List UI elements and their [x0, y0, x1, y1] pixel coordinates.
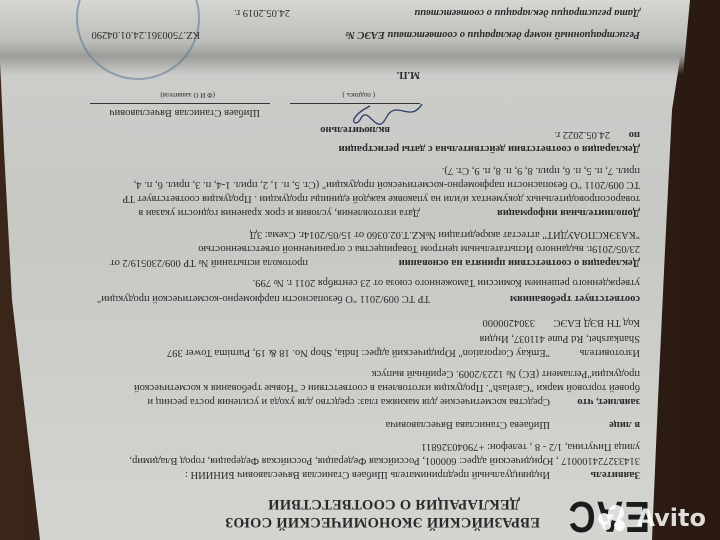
signatory-name: Шибаев Станислав Вячеславович [109, 106, 260, 118]
declares-line3: продукции"Регламент (ЕС) № 1223/2009. Се… [371, 367, 640, 379]
validity-date: 24.05.2022 г. [554, 128, 610, 140]
registration-date: 24.05.2019 г. [234, 6, 290, 18]
union-title: ЕВРАЗИЙСКИЙ ЭКОНОМИЧЕСКИЙ СОЮЗ [225, 516, 540, 528]
basis-label: Декларация о соответствии принята на осн… [399, 256, 640, 268]
requirements-line2: утвержденного решением Комиссии Таможенн… [253, 276, 640, 288]
basis-line1: протокола испытаний № ТР 009/230519/2 от [110, 256, 308, 268]
signature-caption: ( подпись ) [342, 89, 375, 101]
requirements-label: соответствует требованиям [510, 292, 640, 304]
avito-watermark: Avito [598, 504, 706, 532]
signature-underline [290, 103, 420, 104]
declaration-title: ДЕКЛАРАЦИЯ О СООТВЕТСТВИИ [268, 498, 520, 510]
applicant-label: Заявитель [591, 468, 640, 480]
validity-to-label: по [629, 128, 640, 140]
declares-line2: бровей торговой марки "Carelash". Продук… [134, 381, 640, 393]
additional-label: Дополнительная информация [497, 206, 640, 218]
declaration-document: ЕАС ЕВРАЗИЙСКИЙ ЭКОНОМИЧЕСКИЙ СОЮЗ ДЕКЛА… [0, 0, 720, 540]
person-value: Шибаева Станислава Вячеславовича [386, 418, 550, 430]
additional-line3: ТС 009/2011 "О безопасности парфюмерно-к… [134, 178, 640, 190]
applicant-line3: улица Пичугина, 1/2 - 8 , телефон: +7904… [421, 440, 640, 452]
seal-mark: М.П. [397, 68, 420, 80]
additional-line1: Дата изготовления, условия и срок хранен… [138, 206, 420, 218]
additional-line2: товаросопроводительных документах и/или … [123, 192, 641, 204]
person-label: в лице [609, 418, 640, 430]
avito-logo-icon [598, 505, 632, 531]
basis-line3: "КАЗЭКСПОАУДИТ" аттестат аккредитации №K… [250, 228, 640, 240]
validity-label: Декларация о соответствии действительна … [339, 142, 640, 154]
tnved-label: Код ТН ВЭД ЕАЭС [553, 316, 640, 328]
tnved-value: 3304200000 [483, 316, 536, 328]
name-caption: (Ф И О заявителя) [160, 89, 215, 101]
manufacturer-label: Изготовитель [580, 346, 640, 358]
manufacturer-line2: Shankarshet, Rd Pune 411037, Индия [480, 332, 640, 344]
registration-number: KZ.7500361.24.01.04290 [92, 28, 201, 40]
manufacturer-line1: "Emkay Corporation" Юридический адрес: I… [167, 346, 550, 358]
declares-line1: Средства косметические для макияжа глаз:… [147, 395, 550, 407]
declares-label: заявляет, что [577, 395, 640, 407]
basis-line2: 23/05/2019г. выданного Испытательным цен… [198, 242, 640, 254]
additional-line4: прил. 7, п. 5, п. 6, прил. 8, 9, п. 8, п… [442, 164, 640, 176]
applicant-line2: 314332724100017 , Юридический адрес: 600… [130, 454, 641, 466]
avito-brand-text: Avito [636, 504, 706, 532]
requirements-line1: ТР ТС 009/2011 "О безопасности парфюмерн… [97, 292, 430, 304]
registration-number-label: Регистрационный номер декларации о соотв… [345, 28, 640, 40]
company-stamp [76, 0, 200, 80]
applicant-line1: Индивидуальный предприниматель Шибаев Ст… [185, 468, 550, 480]
name-underline [90, 103, 270, 104]
registration-date-label: Дата регистрации декларации о соответств… [414, 6, 640, 18]
